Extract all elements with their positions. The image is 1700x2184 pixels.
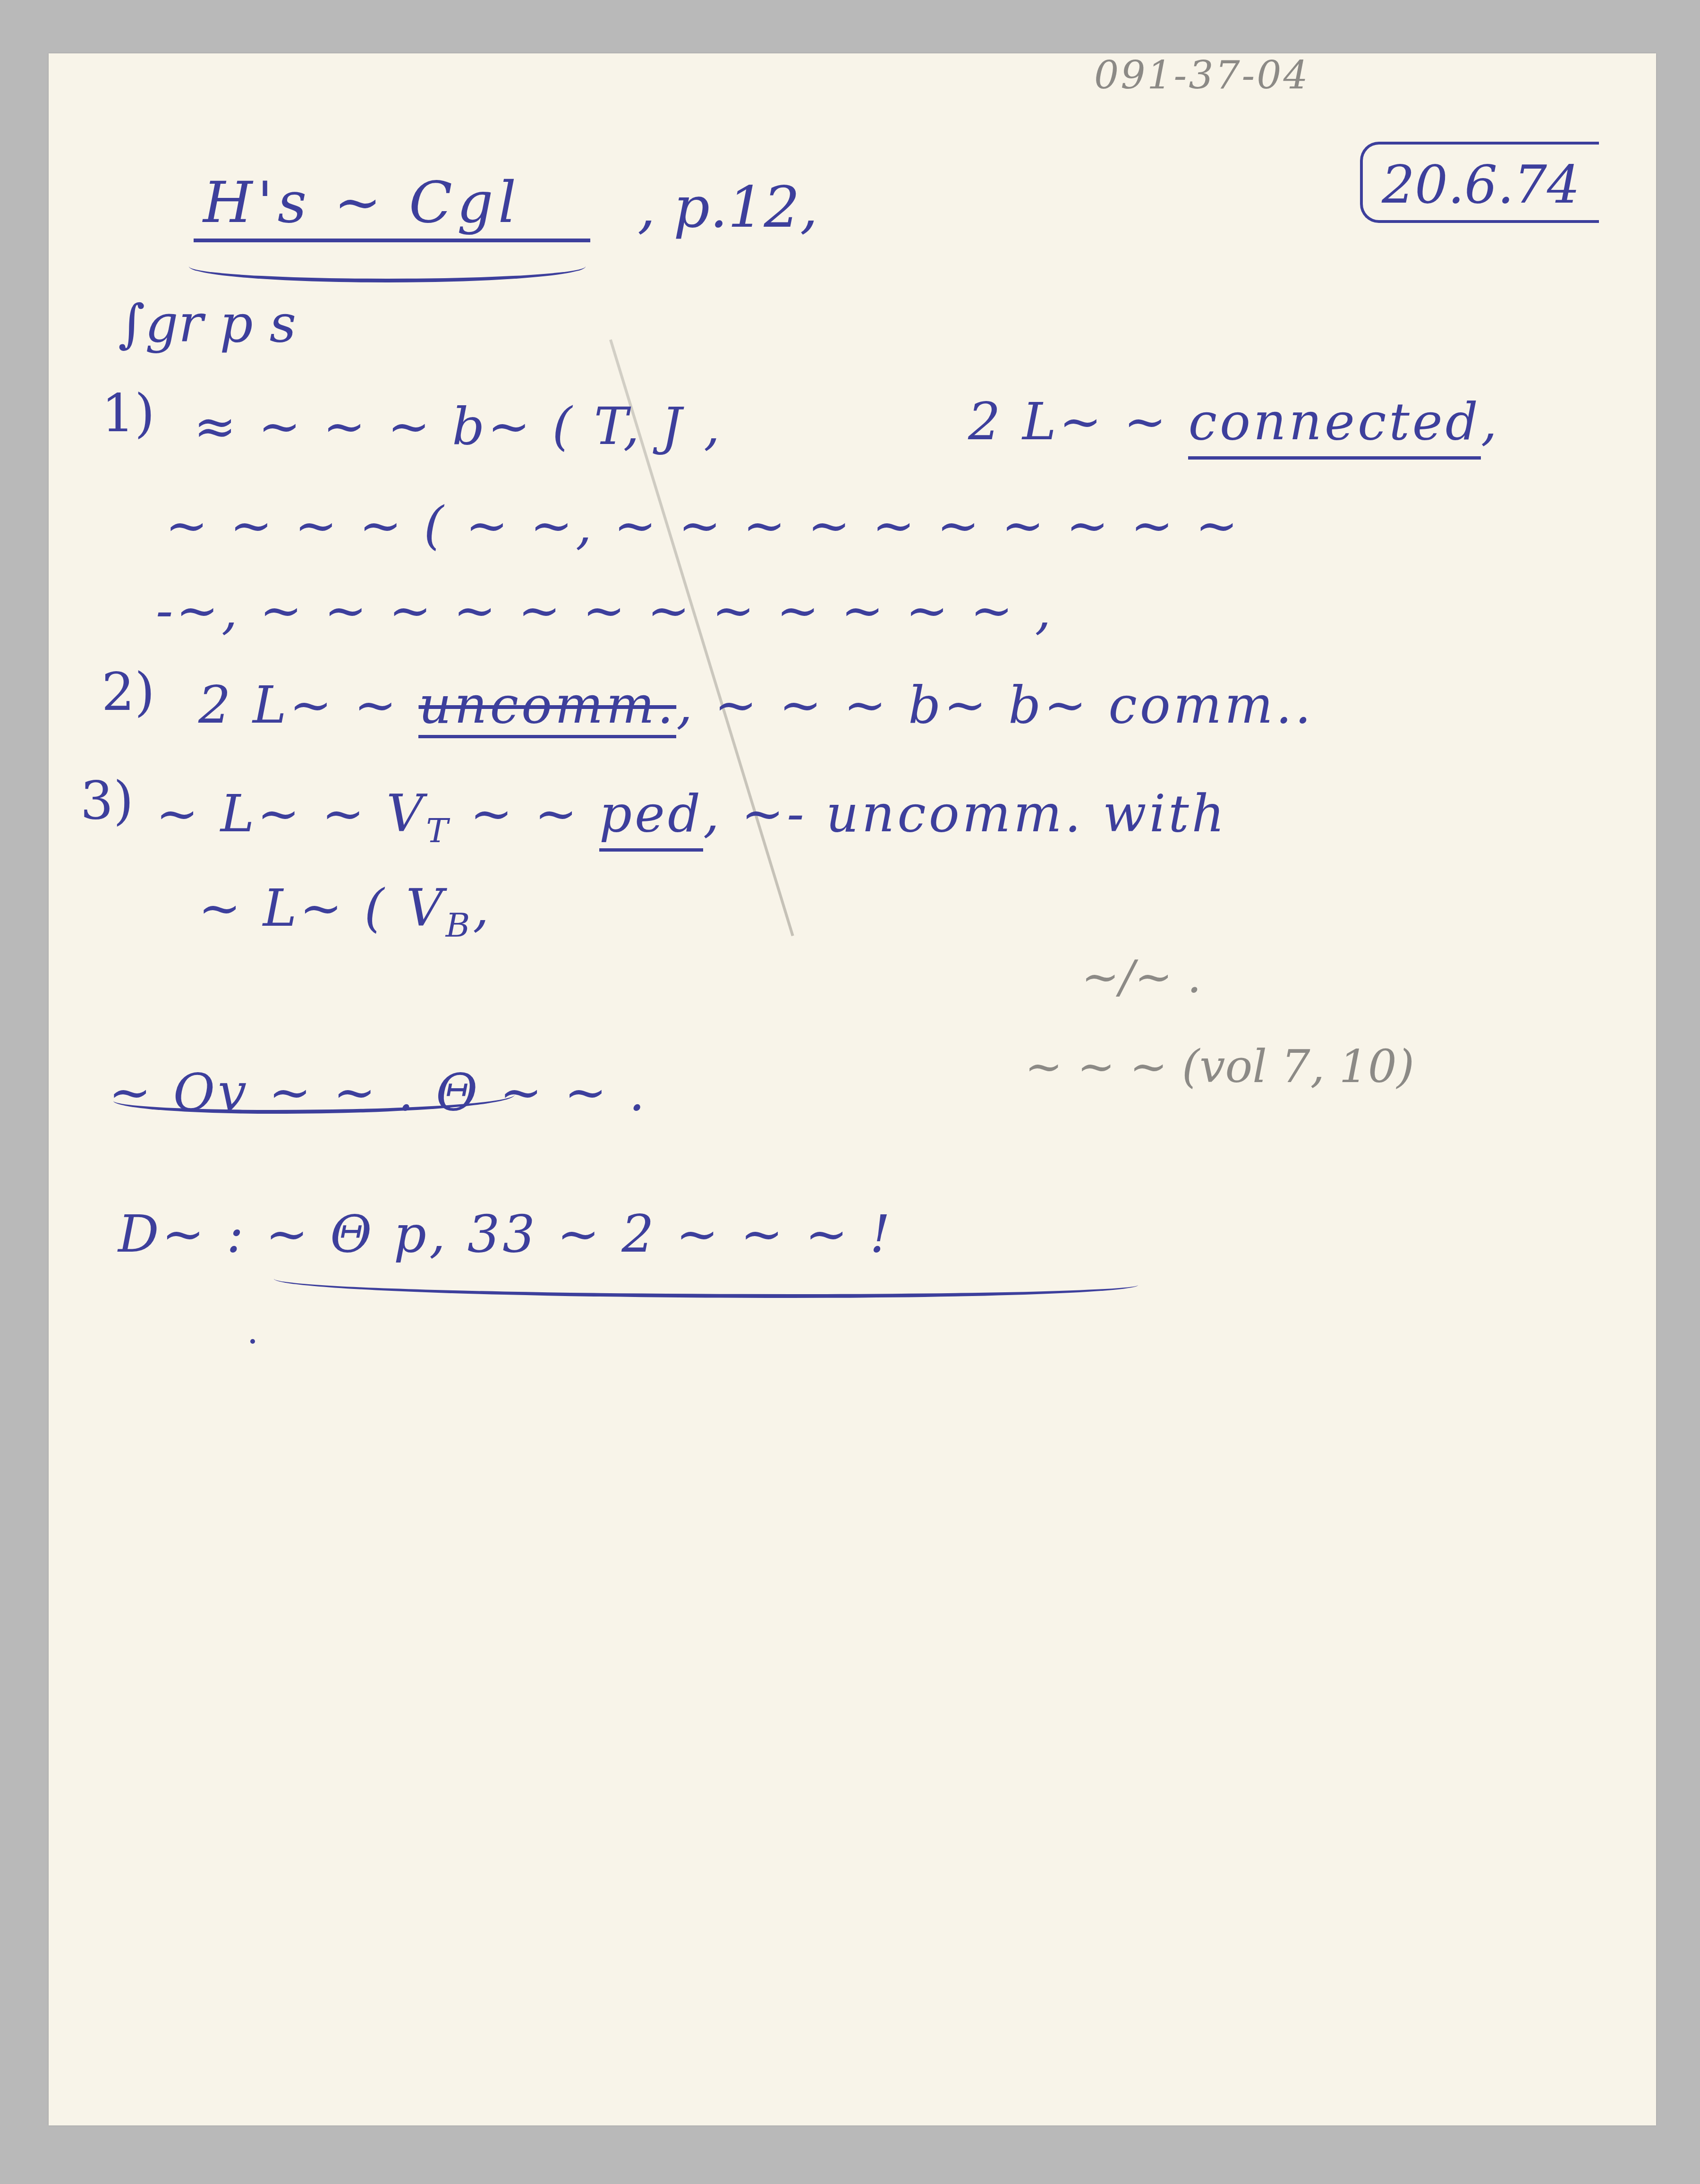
- page-reference: , p.12,: [637, 179, 818, 236]
- page-title: H's ~ Cgl: [203, 175, 521, 231]
- pencil-note-line-2: ~ ~ ~ (vol 7, 10): [1025, 1044, 1414, 1089]
- item-1-line-1: ≈ ~ ~ ~ b~ ( T, J ,: [194, 401, 723, 452]
- item-1-line-1b: 2 L~ ~ connected,: [968, 397, 1500, 448]
- item-3-line-1: ~ L~ ~ VT ~ ~ ped, ~- uncomm. with: [156, 789, 1227, 847]
- archive-number: 091-37-04: [1094, 57, 1310, 95]
- word-comm: comm.: [1108, 676, 1295, 735]
- subscript-t: T: [426, 811, 451, 850]
- section-heading: ∫gr p s: [118, 298, 296, 350]
- item-number-2: 2): [102, 666, 155, 718]
- subscript-b: B: [446, 906, 473, 945]
- title-underline-wavy: [189, 250, 586, 282]
- underlined-word-ped: ped: [599, 785, 703, 852]
- item-number-1: 1): [102, 387, 155, 439]
- final-line-text: ~ Θ p, 33 ~ 2 ~ ~ ~ !: [265, 1205, 893, 1264]
- struck-word-uncomm: uncomm.: [418, 676, 676, 738]
- pencil-note-line-1: ~/~ .: [1081, 954, 1201, 999]
- date-box: 20.6.74: [1360, 142, 1599, 223]
- date-text: 20.6.74: [1382, 154, 1580, 215]
- phrase-uncomm-with: uncomm. with: [826, 785, 1227, 844]
- item-number-3: 3): [80, 775, 134, 827]
- item-1-line-2: ~ ~ ~ ~ ( ~ ~, ~ ~ ~ ~ ~ ~ ~ ~ ~ ~: [165, 501, 1241, 552]
- title-underline: [194, 239, 590, 242]
- item-1-line-3: -~, ~ ~ ~ ~ ~ ~ ~ ~ ~ ~ ~ ~ ,: [156, 586, 1054, 637]
- underlined-word-connected: connected: [1188, 392, 1480, 460]
- title-text: H's ~ Cgl: [203, 170, 521, 236]
- item-3-line-2: ~ L~ ( VB,: [198, 883, 492, 942]
- item-2-line: 2 L~ ~ uncomm., ~ ~ ~ b~ b~ comm..: [198, 680, 1314, 731]
- ink-dot: [250, 1339, 255, 1344]
- final-line: D~ : ~ Θ p, 33 ~ 2 ~ ~ ~ !: [118, 1209, 893, 1260]
